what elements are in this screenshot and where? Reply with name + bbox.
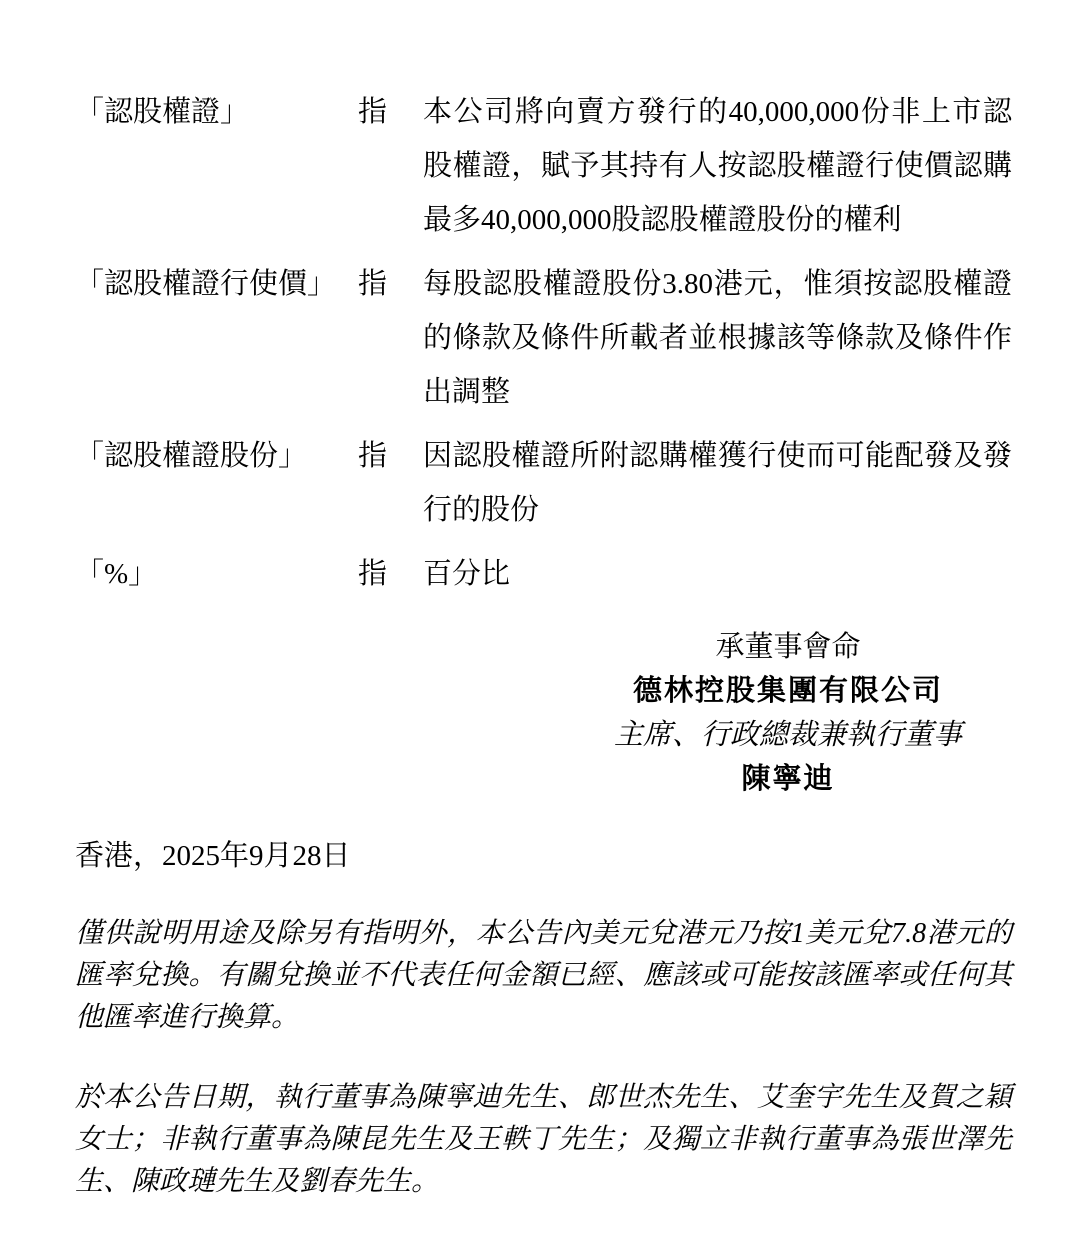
definition-connector: 指 bbox=[358, 257, 423, 419]
definition-text: 因認股權證所附認購權獲行使而可能配發及發行的股份 bbox=[423, 429, 1012, 537]
definition-connector: 指 bbox=[358, 85, 423, 247]
definitions-list: 「認股權證」 指 本公司將向賣方發行的40,000,000份非上市認股權證，賦予… bbox=[75, 85, 1012, 601]
company-name: 德林控股集團有限公司 bbox=[614, 669, 962, 713]
definition-text: 百分比 bbox=[423, 547, 1012, 601]
announcement-page: { "page": { "background_color": "#ffffff… bbox=[0, 0, 1074, 1259]
definition-term: 「認股權證股份」 bbox=[75, 429, 358, 537]
directors-note: 於本公告日期，執行董事為陳寧迪先生、郎世杰先生、艾奎宇先生及賀之穎女士；非執行董… bbox=[75, 1077, 1012, 1203]
definition-term: 「%」 bbox=[75, 547, 358, 601]
signature-block: 承董事會命 德林控股集團有限公司 主席、行政總裁兼執行董事 陳寧迪 bbox=[614, 625, 962, 801]
place-date-line: 香港，2025年9月28日 bbox=[75, 839, 1012, 873]
definition-term: 「認股權證行使價」 bbox=[75, 257, 358, 419]
exchange-rate-note: 僅供說明用途及除另有指明外，本公告內美元兌港元乃按1美元兌7.8港元的匯率兌換。… bbox=[75, 913, 1012, 1039]
definition-row-warrant-shares: 「認股權證股份」 指 因認股權證所附認購權獲行使而可能配發及發行的股份 bbox=[75, 429, 1012, 537]
definition-row-warrants: 「認股權證」 指 本公司將向賣方發行的40,000,000份非上市認股權證，賦予… bbox=[75, 85, 1012, 247]
definition-row-exercise-price: 「認股權證行使價」 指 每股認股權證股份3.80港元，惟須按認股權證的條款及條件… bbox=[75, 257, 1012, 419]
definition-connector: 指 bbox=[358, 547, 423, 601]
definition-row-percent: 「%」 指 百分比 bbox=[75, 547, 1012, 601]
signatory-title: 主席、行政總裁兼執行董事 bbox=[614, 713, 962, 757]
signatory-name: 陳寧迪 bbox=[614, 757, 962, 801]
by-order-of-board-line: 承董事會命 bbox=[614, 625, 962, 669]
definition-text: 本公司將向賣方發行的40,000,000份非上市認股權證，賦予其持有人按認股權證… bbox=[423, 85, 1012, 247]
definition-term: 「認股權證」 bbox=[75, 85, 358, 247]
definition-text: 每股認股權證股份3.80港元，惟須按認股權證的條款及條件所載者並根據該等條款及條… bbox=[423, 257, 1012, 419]
definition-connector: 指 bbox=[358, 429, 423, 537]
